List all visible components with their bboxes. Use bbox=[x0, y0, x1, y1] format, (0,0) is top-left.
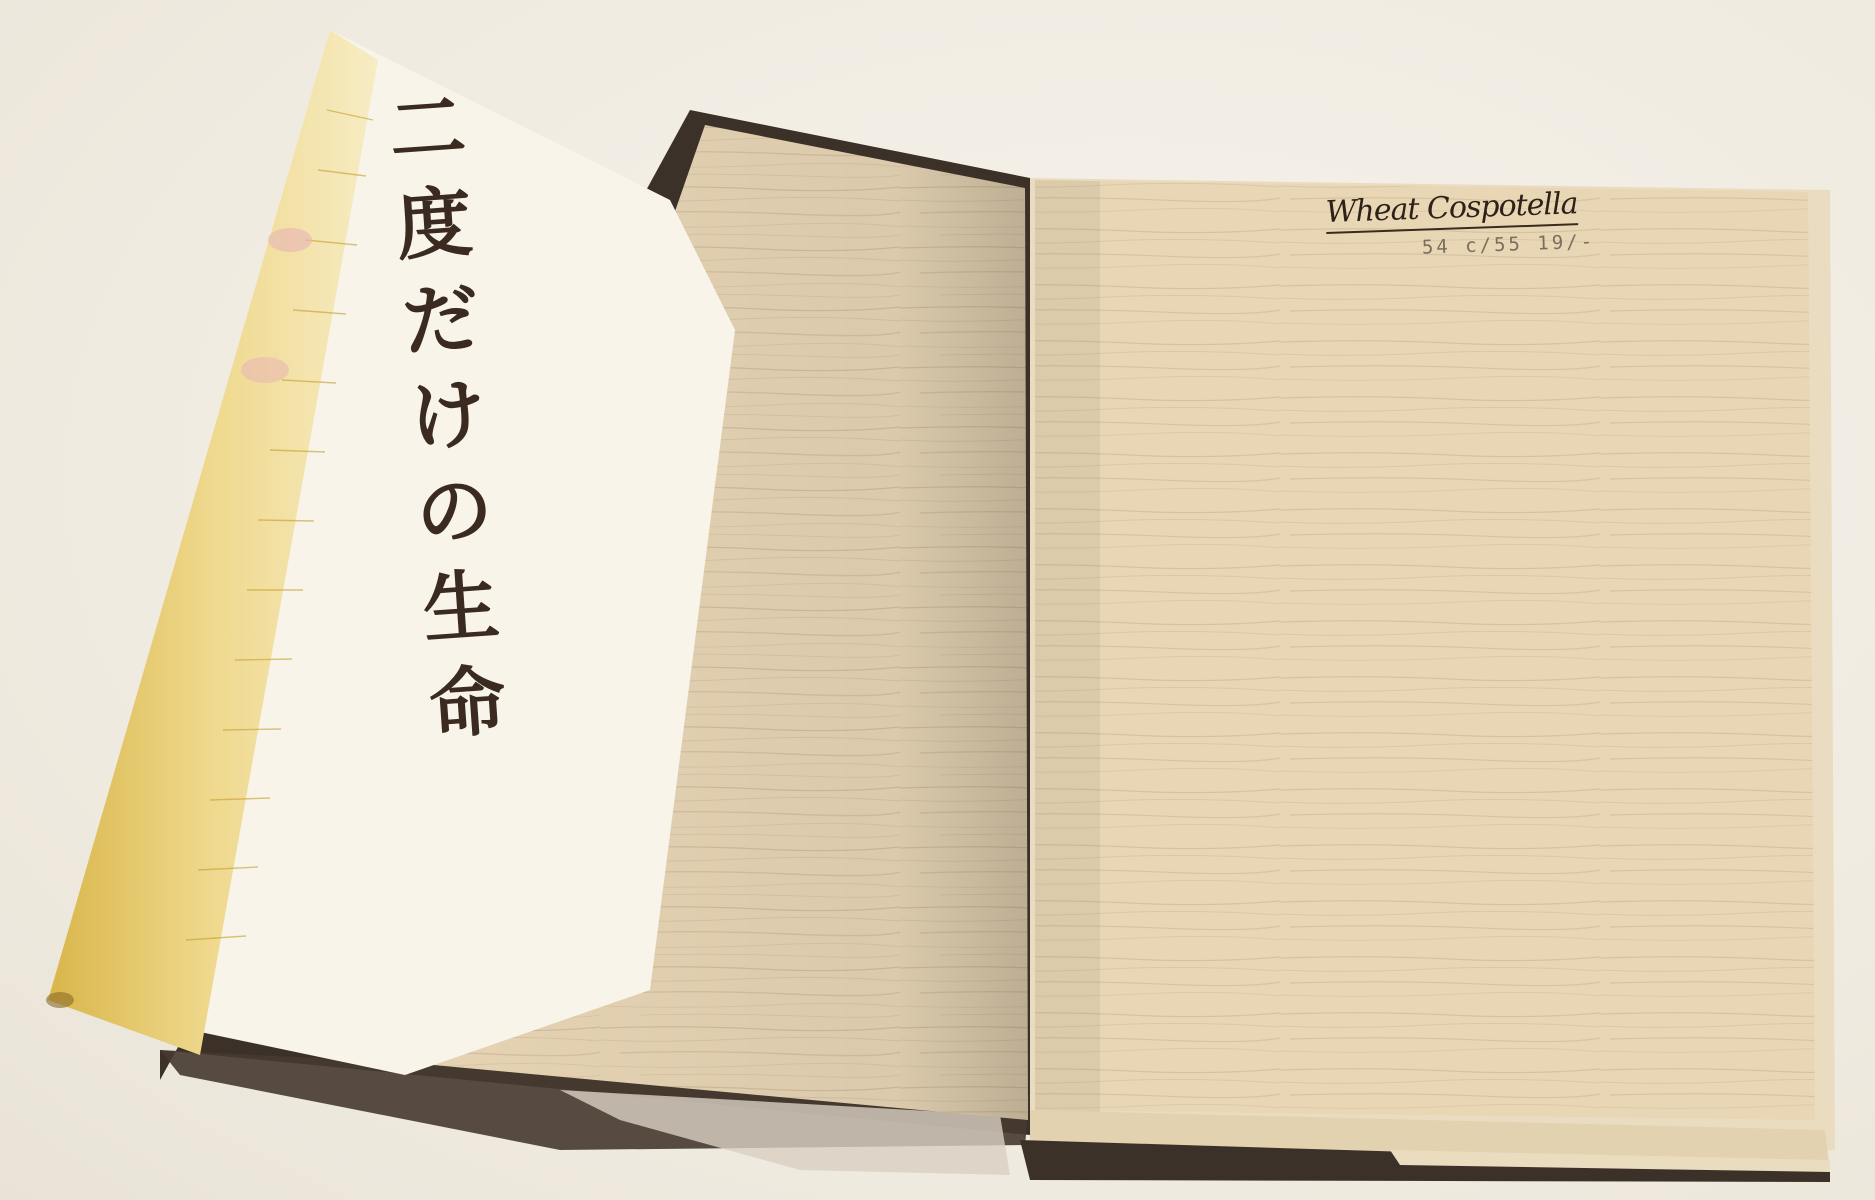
handwritten-inscription: Wheat Cospotella 54 c/55 19/- bbox=[1325, 186, 1595, 262]
title-char: け bbox=[407, 375, 488, 456]
title-char: 命 bbox=[427, 663, 508, 744]
book-illustration bbox=[0, 0, 1875, 1200]
title-char: 度 bbox=[394, 184, 475, 265]
title-char: だ bbox=[400, 280, 481, 361]
title-char: 二 bbox=[387, 88, 468, 169]
photo-scene: 二 度 だ け の 生 命 Wheat Cospotella 54 c/55 1… bbox=[0, 0, 1875, 1200]
title-char: 生 bbox=[420, 567, 501, 648]
inscription-name: Wheat Cospotella bbox=[1325, 186, 1578, 234]
title-char: の bbox=[414, 471, 495, 552]
